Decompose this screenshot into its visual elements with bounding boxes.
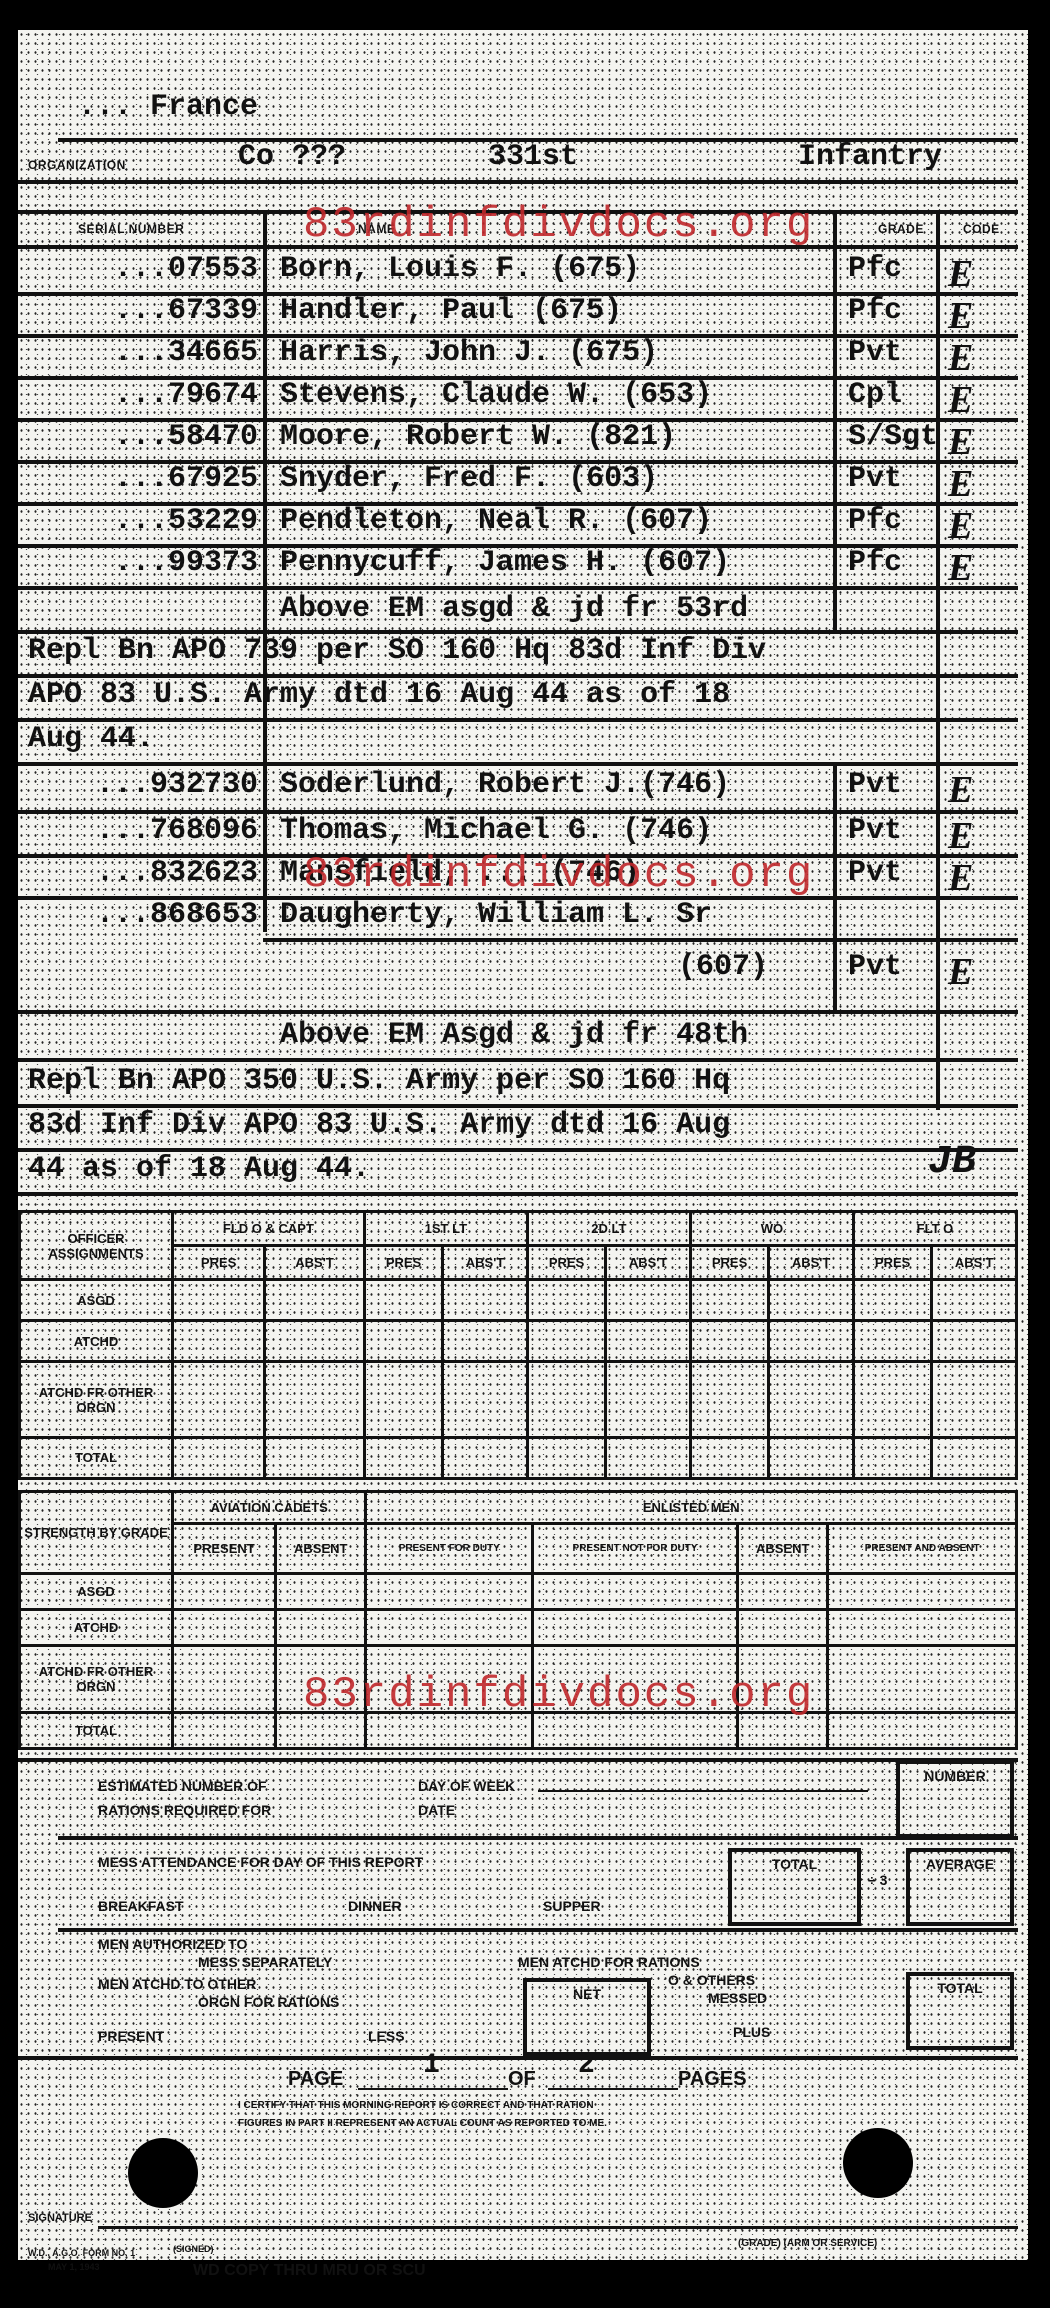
group-header: FLD O & CAPT [173,1212,365,1246]
serial: ...34665 [28,336,258,370]
mos: (675) [532,294,622,328]
grade-arm-label: (GRADE) (ARM OR SERVICE) [738,2238,877,2249]
present-label: PRESENT [98,2028,164,2044]
serial: ...07553 [28,252,258,286]
net-label: NET [527,1986,647,2002]
name: Born, Louis F. [280,252,532,286]
name: Handler, Paul [280,294,514,328]
row-header: STRENGTH BY GRADE [20,1492,173,1574]
mos: (607) [640,546,730,580]
o-others-label: O & OTHERS [668,1972,755,1988]
mos: (607) [622,504,712,538]
row-label: ATCHD [20,1610,173,1646]
sub-header: ABS'T [265,1246,365,1280]
officers-table: OFFICER ASSIGNMENTS FLD O & CAPT 1ST LT … [18,1210,1018,1480]
table-row: ...868653 Daugherty, William L. Sr [18,898,1018,938]
serial: ...67925 [28,462,258,496]
serial: ...868653 [28,898,258,932]
table-row: ...99373 Pennycuff, James H. (607) Pfc E [18,546,1018,586]
name: Pennycuff, James H. [280,546,622,580]
table-row: ...79674 Stevens, Claude W. (653) Cpl E [18,378,1018,418]
signature-label: SIGNATURE [28,2212,92,2224]
cadets-header: AVIATION CADETS [173,1492,366,1524]
grade: Pfc [848,252,958,286]
table-row: ...34665 Harris, John J. (675) Pvt E [18,336,1018,376]
total-box: TOTAL [728,1848,861,1926]
code: E [948,950,1008,994]
remark-line: Above EM asgd & jd fr 53rd [280,592,748,626]
code: E [948,336,1008,380]
form-date: MAY 1, 1943 [48,2262,100,2272]
remark-line: Repl Bn APO 739 per SO 160 Hq 83d Inf Di… [28,634,766,668]
name: Thomas, Michael G. [280,814,604,848]
plus-label: PLUS [733,2024,770,2040]
serial: ...58470 [28,420,258,454]
row-label: ASGD [20,1574,173,1610]
sub-header: ABS'T [932,1246,1017,1280]
table-row: ...768096 Thomas, Michael G. (746) Pvt E [18,814,1018,854]
name: Snyder, Fred F. [280,462,550,496]
mos: (675) [568,336,658,370]
col-header: PRESENT [173,1524,276,1574]
remark-line: Above EM Asgd & jd fr 48th [280,1018,748,1052]
row-label: TOTAL [20,1712,173,1748]
code: E [948,378,1008,422]
group-header: FLT O [853,1212,1016,1246]
sub-header: ABS'T [443,1246,528,1280]
serial: ...832623 [28,856,258,890]
total-pages: 2 [578,2050,595,2081]
remark-line: APO 83 U.S. Army dtd 16 Aug 44 as of 18 [28,678,730,712]
col-header: ABSENT [276,1524,366,1574]
grade: Pvt [848,462,958,496]
sub-header: PRES [853,1246,931,1280]
total-label: TOTAL [732,1856,857,1872]
breakfast-label: BREAKFAST [98,1898,184,1914]
row-header: OFFICER ASSIGNMENTS [20,1212,173,1280]
date-label: DATE [418,1802,455,1818]
grade: Pvt [848,856,958,890]
code: E [948,768,1008,812]
serial: ...932730 [28,768,258,802]
men-authorized-label: MEN AUTHORIZED TO [98,1936,247,1952]
net-box: NET [523,1978,651,2056]
code: E [948,546,1008,590]
men-atchd-rations-label: MEN ATCHD FOR RATIONS [518,1954,700,1970]
grade: Pfc [848,294,958,328]
serial: ...99373 [28,546,258,580]
supper-label: SUPPER [543,1898,601,1914]
orgn-for-rations-label: ORGN FOR RATIONS [198,1994,339,2010]
certification-text: FIGURES IN PART II REPRESENT AN ACTUAL C… [238,2118,607,2129]
mos: (675) [550,252,640,286]
men-atchd-label: MEN ATCHD TO OTHER [98,1976,256,1992]
page-number: 1 [423,2050,440,2081]
code: E [948,420,1008,464]
page-label: PAGE [288,2068,343,2091]
group-header: 2D LT [527,1212,690,1246]
messed-label: MESSED [708,1990,767,2006]
mos: (603) [568,462,658,496]
table-row: ...58470 Moore, Robert W. (821) S/Sgt E [18,420,1018,460]
grade: Pvt [848,336,958,370]
code: E [948,504,1008,548]
name: Pendleton, Neal R. [280,504,604,538]
serial: ...768096 [28,814,258,848]
average-box: AVERAGE [906,1848,1014,1926]
sub-header: PRES [364,1246,442,1280]
col-header: PRESENT FOR DUTY [366,1524,533,1574]
morning-report-page: ... France ORGANIZATION Co ??? 331st Inf… [18,30,1028,2260]
remark-line: 83d Inf Div APO 83 U.S. Army dtd 16 Aug [28,1108,730,1142]
mos: (653) [622,378,712,412]
row-label: ATCHD [20,1321,173,1362]
divide-label: ÷ 3 [868,1872,887,1888]
remark-line: 44 as of 18 Aug 44. [28,1152,370,1186]
serial: ...67339 [28,294,258,328]
total2-label: TOTAL [910,1980,1010,1996]
watermark: 83rdinfdivdocs.org [303,850,814,900]
number-box: NUMBER [896,1760,1014,1838]
code: E [948,856,1008,900]
col-header: PRESENT NOT FOR DUTY [533,1524,738,1574]
table-row: ...932730 Soderlund, Robert J.(746) Pvt … [18,768,1018,808]
punch-hole-right [843,2128,913,2198]
sub-header: PRES [173,1246,265,1280]
em-header: ENLISTED MEN [366,1492,1017,1524]
estimated-label: RATIONS REQUIRED FOR [98,1802,271,1818]
code: E [948,814,1008,858]
table-row-continued: (607) Pvt E [18,950,1018,990]
code-header: CODE [963,222,1000,236]
station-line: ... France [78,90,258,124]
code: E [948,294,1008,338]
serial: ...53229 [28,504,258,538]
signed-label: (SIGNED) [173,2244,214,2254]
mos: (746) [622,814,712,848]
grade: S/Sgt [848,420,958,454]
mos: (821) [586,420,676,454]
estimated-label: ESTIMATED NUMBER OF [98,1778,267,1794]
mess-separately-label: MESS SEPARATELY [198,1954,332,1970]
dinner-label: DINNER [348,1898,402,1914]
punch-hole-left [128,2138,198,2208]
group-header: WO [690,1212,853,1246]
number-label: NUMBER [900,1768,1010,1784]
serial: ...79674 [28,378,258,412]
arm: Infantry [798,140,942,174]
sub-header: ABS'T [769,1246,854,1280]
code: E [948,252,1008,296]
group-header: 1ST LT [364,1212,527,1246]
row-label: TOTAL [20,1437,173,1478]
row-label: ATCHD FR OTHER ORGN [20,1362,173,1437]
of-label: OF [508,2068,536,2091]
less-label: LESS [368,2028,405,2044]
table-row: ...53229 Pendleton, Neal R. (607) Pfc E [18,504,1018,544]
sub-header: ABS'T [606,1246,691,1280]
regiment: 331st [488,140,578,174]
grade-header: GRADE [878,222,924,236]
name: Daugherty, William L. Sr [280,898,860,932]
grade: Pfc [848,504,958,538]
form-number: W.D., A.G.O. FORM NO. 1 [28,2248,135,2258]
mos: (746) [640,768,730,802]
certification-text: I CERTIFY THAT THIS MORNING REPORT IS CO… [238,2100,594,2111]
mess-attendance-label: MESS ATTENDANCE FOR DAY OF THIS REPORT [98,1854,423,1870]
total2-box: TOTAL [906,1972,1014,2050]
col-header: PRESENT AND ABSENT [828,1524,1017,1574]
grade: Pvt [848,768,958,802]
average-label: AVERAGE [910,1856,1010,1872]
organization-label: ORGANIZATION [28,158,126,172]
row-label: ASGD [20,1280,173,1321]
sub-header: PRES [527,1246,605,1280]
grade: Pvt [848,814,958,848]
sub-header: PRES [690,1246,768,1280]
remark-line: Repl Bn APO 350 U.S. Army per SO 160 Hq [28,1064,730,1098]
name: Soderlund, Robert J. [280,768,640,802]
day-of-week-label: DAY OF WEEK [418,1778,515,1794]
grade: Cpl [848,378,958,412]
name: Stevens, Claude W. [280,378,604,412]
serial-header: SERIAL NUMBER [78,222,184,236]
code: E [948,462,1008,506]
pages-label: PAGES [678,2068,747,2091]
initials-signature: JB [928,1140,976,1185]
remark-line: Aug 44. [28,722,154,756]
col-header: ABSENT [738,1524,828,1574]
watermark: 83rdinfdivdocs.org [303,1670,814,1720]
row-label: ATCHD FR OTHER ORGN [20,1646,173,1712]
table-row: ...67339 Handler, Paul (675) Pfc E [18,294,1018,334]
copy-label: WD COPY THRU MRU OR SCU [193,2262,426,2280]
grade: Pvt [848,950,958,984]
name: Moore, Robert W. [280,420,568,454]
table-row: ...07553 Born, Louis F. (675) Pfc E [18,252,1018,292]
grade: Pfc [848,546,958,580]
watermark: 83rdinfdivdocs.org [303,200,814,250]
name: Harris, John J. [280,336,550,370]
table-row: ...67925 Snyder, Fred F. (603) Pvt E [18,462,1018,502]
organization-unit: Co ??? [238,140,346,174]
